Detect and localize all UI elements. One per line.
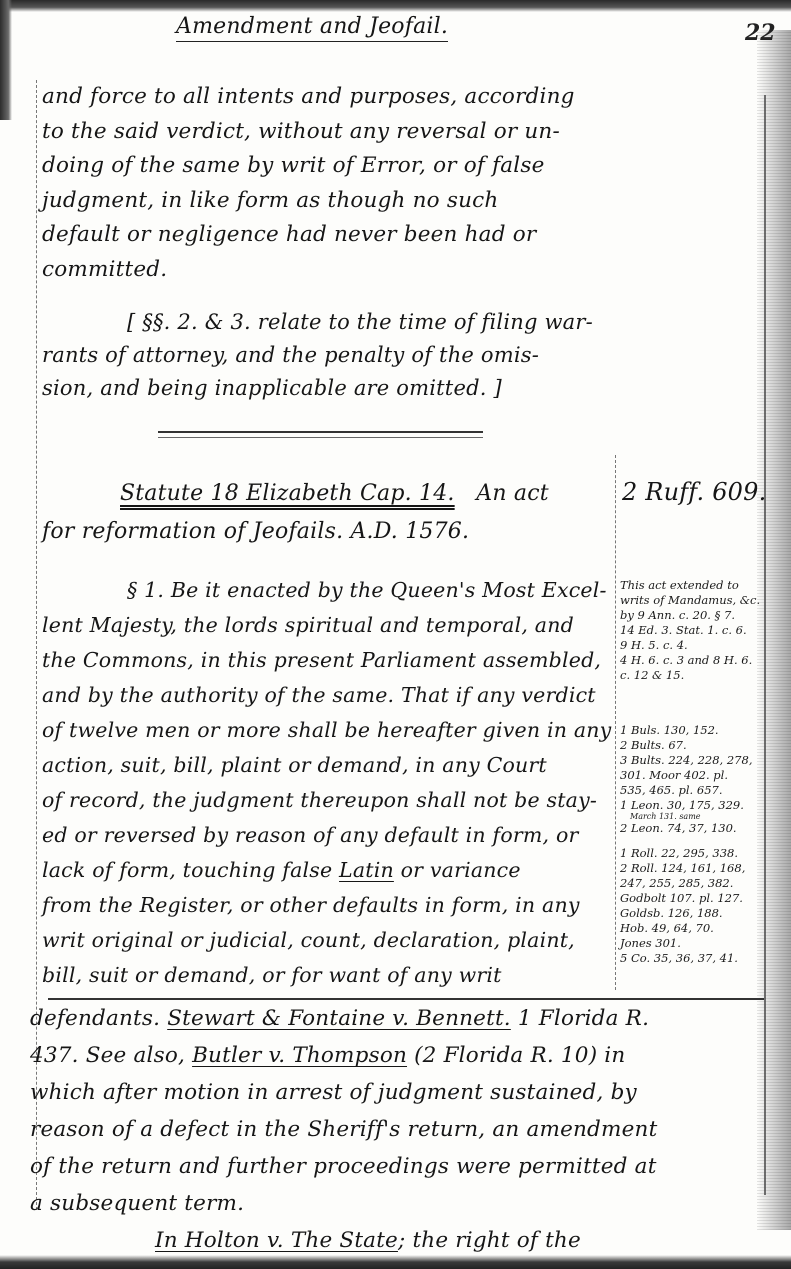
margin-note: March 131. same bbox=[620, 813, 762, 821]
text-line: of record, the judgment thereupon shall … bbox=[42, 783, 611, 818]
case-name-butler: Butler v. Thompson bbox=[192, 1043, 407, 1068]
page-top-shadow bbox=[0, 0, 791, 12]
margin-note: by 9 Ann. c. 20. § 7. bbox=[620, 608, 762, 623]
margin-note: 1 Roll. 22, 295, 338. bbox=[620, 846, 762, 861]
text-line: § 1. Be it enacted by the Queen's Most E… bbox=[42, 573, 611, 608]
text-fragment: (2 Florida R. 10) in bbox=[407, 1043, 625, 1068]
text-line: sion, and being inapplicable are omitted… bbox=[42, 372, 593, 405]
text-fragment: 437. See also, bbox=[30, 1043, 192, 1068]
margin-note: 2 Roll. 124, 161, 168, bbox=[620, 861, 762, 876]
text-line: from the Register, or other defaults in … bbox=[42, 888, 611, 923]
margin-note: 5 Co. 35, 36, 37, 41. bbox=[620, 951, 762, 966]
text-line: and by the authority of the same. That i… bbox=[42, 678, 611, 713]
margin-note: 1 Leon. 30, 175, 329. bbox=[620, 798, 762, 813]
margin-note: 535, 465. pl. 657. bbox=[620, 783, 762, 798]
statute-title-line: Statute 18 Elizabeth Cap. 14. An act bbox=[42, 475, 549, 513]
text-fragment: 1 Florida R. bbox=[511, 1006, 649, 1031]
case-name-stewart: Stewart & Fontaine v. Bennett. bbox=[167, 1006, 511, 1031]
margin-note: 301. Moor 402. pl. bbox=[620, 768, 762, 783]
text-line: defendants. Stewart & Fontaine v. Bennet… bbox=[30, 1000, 657, 1037]
text-line: lack of form, touching false Latin or va… bbox=[42, 853, 611, 888]
text-line: writ original or judicial, count, declar… bbox=[42, 923, 611, 958]
text-line: of twelve men or more shall be hereafter… bbox=[42, 713, 611, 748]
text-line: and force to all intents and purposes, a… bbox=[42, 80, 575, 115]
text-line: doing of the same by writ of Error, or o… bbox=[42, 149, 575, 184]
text-line: lent Majesty, the lords spiritual and te… bbox=[42, 608, 611, 643]
case-name-holton: In Holton v. The State bbox=[155, 1228, 398, 1253]
margin-note: writs of Mandamus, &c. bbox=[620, 593, 762, 608]
margin-note: 247, 255, 285, 382. bbox=[620, 876, 762, 891]
text-line: of the return and further proceedings we… bbox=[30, 1148, 657, 1185]
annotation-paragraph: defendants. Stewart & Fontaine v. Bennet… bbox=[30, 1000, 657, 1259]
underlined-word-latin: Latin bbox=[339, 858, 394, 882]
text-line: which after motion in arrest of judgment… bbox=[30, 1074, 657, 1111]
text-line: committed. bbox=[42, 253, 575, 288]
spacer bbox=[620, 836, 762, 846]
statute-subtitle: for reformation of Jeofails. A.D. 1576. bbox=[42, 513, 549, 551]
text-fragment: ; the right of the bbox=[398, 1228, 581, 1253]
text-line: to the said verdict, without any reversa… bbox=[42, 115, 575, 150]
text-fragment: defendants. bbox=[30, 1006, 167, 1031]
text-line: [ §§. 2. & 3. relate to the time of fili… bbox=[42, 306, 593, 339]
page-right-edge bbox=[757, 30, 791, 1230]
margin-note: This act extended to bbox=[620, 578, 762, 593]
statute-title-rest: An act bbox=[476, 481, 549, 506]
section-divider bbox=[158, 431, 483, 438]
margin-note: 4 H. 6. c. 3 and 8 H. 6. bbox=[620, 653, 762, 668]
text-line: judgment, in like form as though no such bbox=[42, 184, 575, 219]
margin-note: 2 Bults. 67. bbox=[620, 738, 762, 753]
margin-note: 9 H. 5. c. 4. bbox=[620, 638, 762, 653]
running-head: Amendment and Jeofail. bbox=[176, 14, 448, 42]
margin-note: Godbolt 107. pl. 127. bbox=[620, 891, 762, 906]
statute-citation: 2 Ruff. 609. bbox=[622, 478, 766, 506]
margin-note: 2 Leon. 74, 37, 130. bbox=[620, 821, 762, 836]
text-line: default or negligence had never been had… bbox=[42, 218, 575, 253]
binding-edge bbox=[0, 0, 12, 120]
margin-note: Jones 301. bbox=[620, 936, 762, 951]
margin-note: c. 12 & 15. bbox=[620, 668, 762, 683]
margin-note: Hob. 49, 64, 70. bbox=[620, 921, 762, 936]
text-line: In Holton v. The State; the right of the bbox=[30, 1222, 657, 1259]
section-1-text: § 1. Be it enacted by the Queen's Most E… bbox=[42, 573, 611, 993]
text-line: the Commons, in this present Parliament … bbox=[42, 643, 611, 678]
margin-note: 3 Bults. 224, 228, 278, bbox=[620, 753, 762, 768]
right-margin-rule bbox=[764, 95, 766, 1195]
text-line: a subsequent term. bbox=[30, 1185, 657, 1222]
margin-citations: This act extended to writs of Mandamus, … bbox=[620, 578, 762, 966]
text-fragment: lack of form, touching false bbox=[42, 858, 339, 882]
text-line: bill, suit or demand, or for want of any… bbox=[42, 958, 611, 993]
text-fragment: or variance bbox=[394, 858, 521, 882]
text-line: reason of a defect in the Sheriff's retu… bbox=[30, 1111, 657, 1148]
margin-note: 1 Buls. 130, 152. bbox=[620, 723, 762, 738]
margin-note: Goldsb. 126, 188. bbox=[620, 906, 762, 921]
omitted-sections-note: [ §§. 2. & 3. relate to the time of fili… bbox=[42, 306, 593, 405]
statute-title: Statute 18 Elizabeth Cap. 14. bbox=[120, 481, 455, 506]
page-number: 22 bbox=[745, 20, 776, 46]
statute-heading: Statute 18 Elizabeth Cap. 14. An act for… bbox=[42, 475, 549, 551]
text-line: rants of attorney, and the penalty of th… bbox=[42, 339, 593, 372]
text-line: 437. See also, Butler v. Thompson (2 Flo… bbox=[30, 1037, 657, 1074]
continued-paragraph: and force to all intents and purposes, a… bbox=[42, 80, 575, 287]
text-line: ed or reversed by reason of any default … bbox=[42, 818, 611, 853]
citation-column-rule bbox=[615, 455, 616, 990]
spacer bbox=[620, 683, 762, 723]
text-line: action, suit, bill, plaint or demand, in… bbox=[42, 748, 611, 783]
margin-note: 14 Ed. 3. Stat. 1. c. 6. bbox=[620, 623, 762, 638]
